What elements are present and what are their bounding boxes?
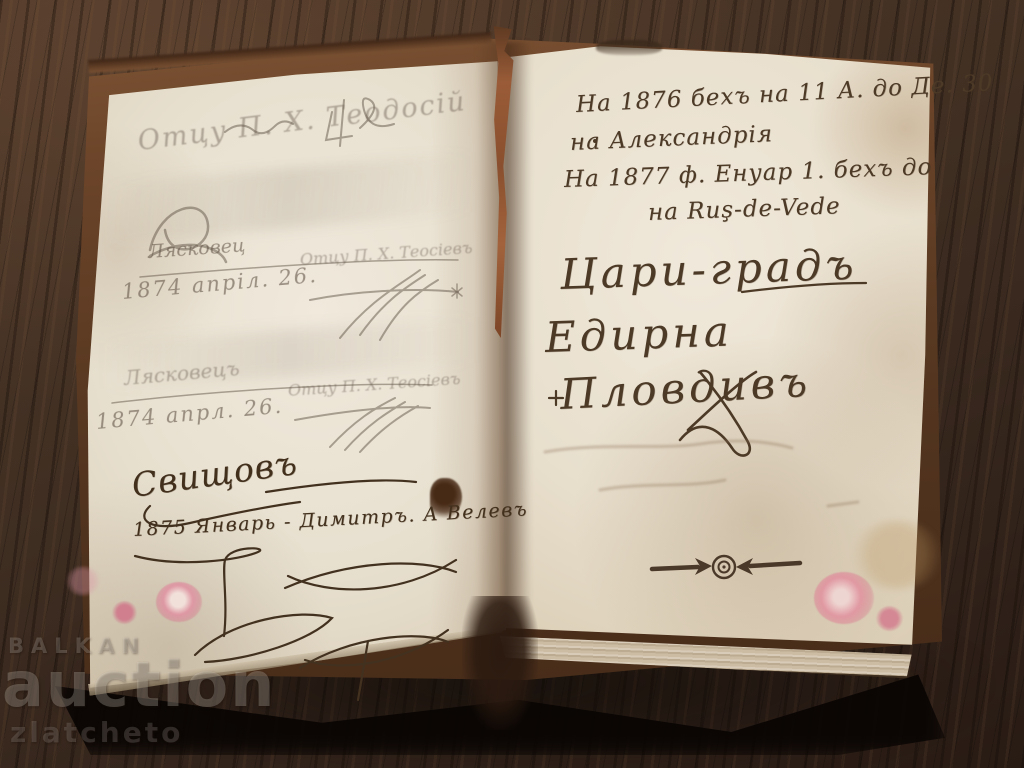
arrows-rosette-drawing bbox=[652, 556, 800, 578]
ink-dot bbox=[593, 139, 597, 143]
flourish-stroke bbox=[360, 98, 394, 128]
flourish-stroke bbox=[225, 121, 293, 133]
underline-loop bbox=[144, 502, 300, 526]
bow-flourish bbox=[285, 560, 456, 589]
bleedthrough-scribbles bbox=[545, 441, 858, 506]
cross-flourish bbox=[310, 270, 458, 340]
underline-stroke bbox=[112, 384, 432, 403]
underline-stroke bbox=[742, 283, 866, 292]
watermark-brand-main: auction bbox=[2, 648, 276, 721]
bleed-line bbox=[600, 480, 725, 490]
underline-stroke bbox=[140, 260, 458, 277]
bleed-line bbox=[545, 441, 792, 452]
spine-bottom-shadow bbox=[462, 596, 538, 730]
rosette-center bbox=[722, 565, 725, 568]
cross-flourish bbox=[295, 398, 430, 452]
left-arrow-shaft bbox=[652, 567, 698, 569]
photo-open-antique-book: Отцу П. Х. Теодосій Лясковец Отцу П. Х. … bbox=[0, 0, 1024, 768]
watermark-brand-bottom: zlatcheto bbox=[10, 716, 183, 749]
small-cross-mark bbox=[549, 391, 563, 405]
loop-flourish bbox=[300, 630, 448, 700]
right-arrow-shaft bbox=[750, 563, 800, 566]
monogram-loop bbox=[150, 208, 226, 262]
bleed-dash bbox=[828, 502, 858, 506]
right-ink-marks bbox=[549, 139, 866, 456]
pencil-flourishes bbox=[112, 98, 462, 452]
flourish-stroke bbox=[326, 100, 352, 146]
flourish-stroke bbox=[135, 548, 260, 636]
underline-stroke bbox=[266, 480, 416, 492]
